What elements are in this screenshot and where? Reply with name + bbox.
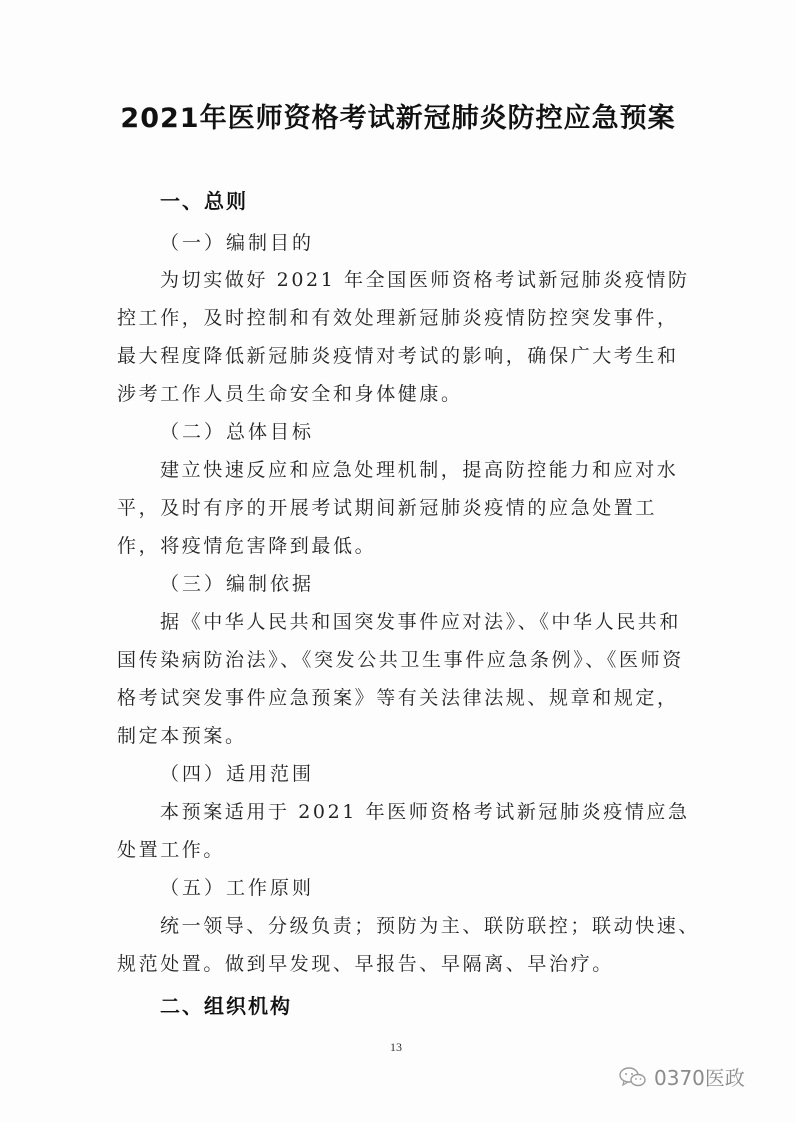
paragraph-line: 本预案适用于 2021 年医师资格考试新冠肺炎疫情应急 — [160, 797, 683, 824]
document-title: 2021年医师资格考试新冠肺炎防控应急预案 — [0, 96, 796, 135]
paragraph-line: 为切实做好 2021 年全国医师资格考试新冠肺炎疫情防 — [160, 265, 683, 292]
paragraph-line: 平，及时有序的开展考试期间新冠肺炎疫情的应急处置工 — [117, 493, 683, 520]
paragraph-line: 国传染病防治法》、《突发公共卫生事件应急条例》、《医师资 — [117, 645, 683, 672]
paragraph-line: 据《中华人民共和国突发事件应对法》、《中华人民共和 — [160, 607, 683, 634]
paragraph-line: 统一领导、分级负责；预防为主、联防联控；联动快速、 — [160, 911, 683, 938]
paragraph-line: 涉考工作人员生命安全和身体健康。 — [117, 379, 683, 406]
wechat-icon — [618, 1065, 648, 1089]
paragraph-line: 建立快速反应和应急处理机制，提高防控能力和应对水 — [160, 455, 683, 482]
paragraph-line: 最大程度降低新冠肺炎疫情对考试的影响，确保广大考生和 — [117, 341, 683, 368]
paragraph-line: 格考试突发事件应急预案》等有关法律法规、规章和规定， — [117, 683, 683, 710]
section-heading-organization: 二、组织机构 — [160, 990, 292, 1019]
section-heading-general: 一、总则 — [160, 185, 248, 214]
paragraph-line: 控工作，及时控制和有效处理新冠肺炎疫情防控突发事件， — [117, 303, 683, 330]
subsection-heading-principles: （五）工作原则 — [160, 873, 314, 900]
subsection-heading-purpose: （一）编制目的 — [160, 228, 314, 255]
subsection-heading-basis: （三）编制依据 — [160, 569, 314, 596]
paragraph-line: 处置工作。 — [117, 835, 683, 862]
paragraph-line: 制定本预案。 — [117, 721, 683, 748]
subsection-heading-goals: （二）总体目标 — [160, 417, 314, 444]
paragraph-line: 作，将疫情危害降到最低。 — [117, 531, 683, 558]
watermark: 0370医政 — [618, 1062, 745, 1091]
page-number: 13 — [390, 1040, 402, 1055]
watermark-text: 0370医政 — [654, 1062, 745, 1091]
document-page: 2021年医师资格考试新冠肺炎防控应急预案 一、总则 （一）编制目的 为切实做好… — [0, 0, 796, 1122]
subsection-heading-scope: （四）适用范围 — [160, 759, 314, 786]
paragraph-line: 规范处置。做到早发现、早报告、早隔离、早治疗。 — [117, 949, 683, 976]
